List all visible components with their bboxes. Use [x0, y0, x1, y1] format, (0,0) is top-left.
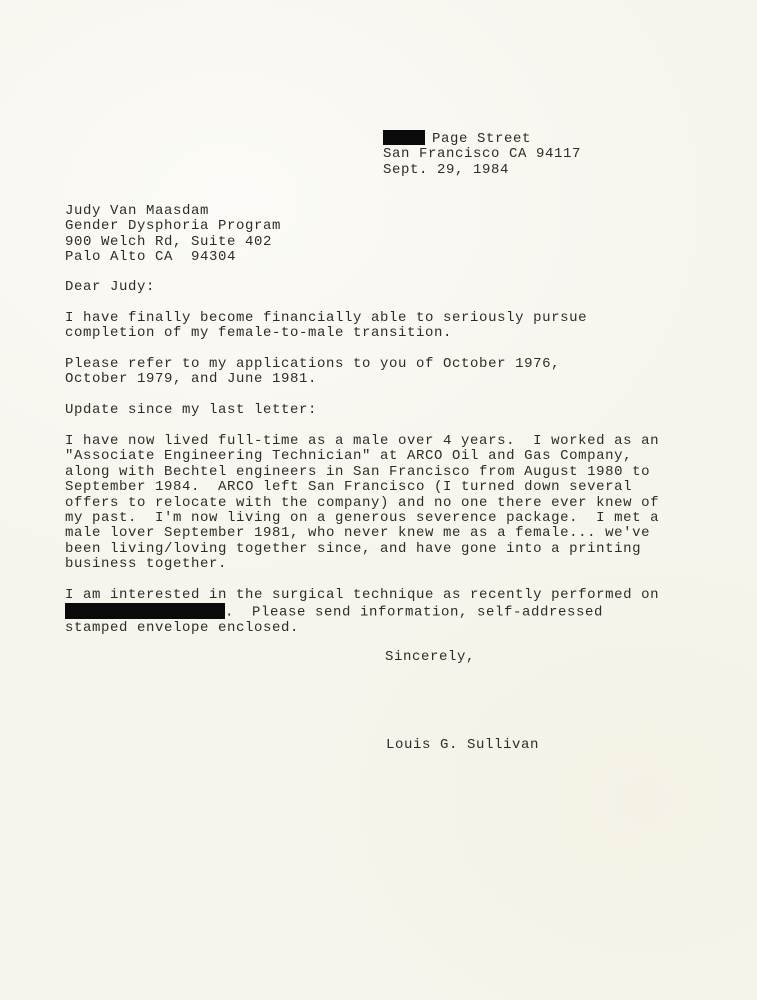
redaction-box-street-number [383, 130, 425, 145]
recipient-city-line: Palo Alto CA 94304 [65, 250, 281, 265]
paragraph-update: I have now lived full-time as a male ove… [65, 434, 705, 573]
salutation: Dear Judy: [65, 280, 705, 295]
letter-body: Dear Judy: I have finally become financi… [65, 280, 705, 637]
recipient-street: 900 Welch Rd, Suite 402 [65, 235, 281, 250]
paragraph-update-intro: Update since my last letter: [65, 403, 705, 418]
paragraph-surgical-request: I am interested in the surgical techniqu… [65, 588, 705, 637]
signature-name: Louis G. Sullivan [386, 738, 539, 753]
paragraph-finances: I have finally become financially able t… [65, 311, 705, 342]
recipient-name: Judy Van Maasdam [65, 204, 281, 219]
request-line3: stamped envelope enclosed. [65, 620, 299, 636]
request-line2: . Please send information, self-addresse… [225, 605, 603, 621]
recipient-address-block: Judy Van Maasdam Gender Dysphoria Progra… [65, 204, 281, 266]
paragraph-applications: Please refer to my applications to you o… [65, 357, 705, 388]
sender-city-line: San Francisco CA 94117 [383, 147, 581, 162]
letter-page: Page Street San Francisco CA 94117 Sept.… [0, 0, 757, 1000]
recipient-organization: Gender Dysphoria Program [65, 219, 281, 234]
sender-street-line: Page Street [383, 130, 581, 147]
sender-street-text: Page Street [432, 131, 531, 147]
valediction: Sincerely, [385, 650, 475, 665]
sender-address-block: Page Street San Francisco CA 94117 Sept.… [383, 130, 581, 178]
letter-date: Sept. 29, 1984 [383, 163, 581, 178]
request-line1: I am interested in the surgical techniqu… [65, 587, 659, 603]
redaction-box-patient-name [65, 603, 225, 619]
